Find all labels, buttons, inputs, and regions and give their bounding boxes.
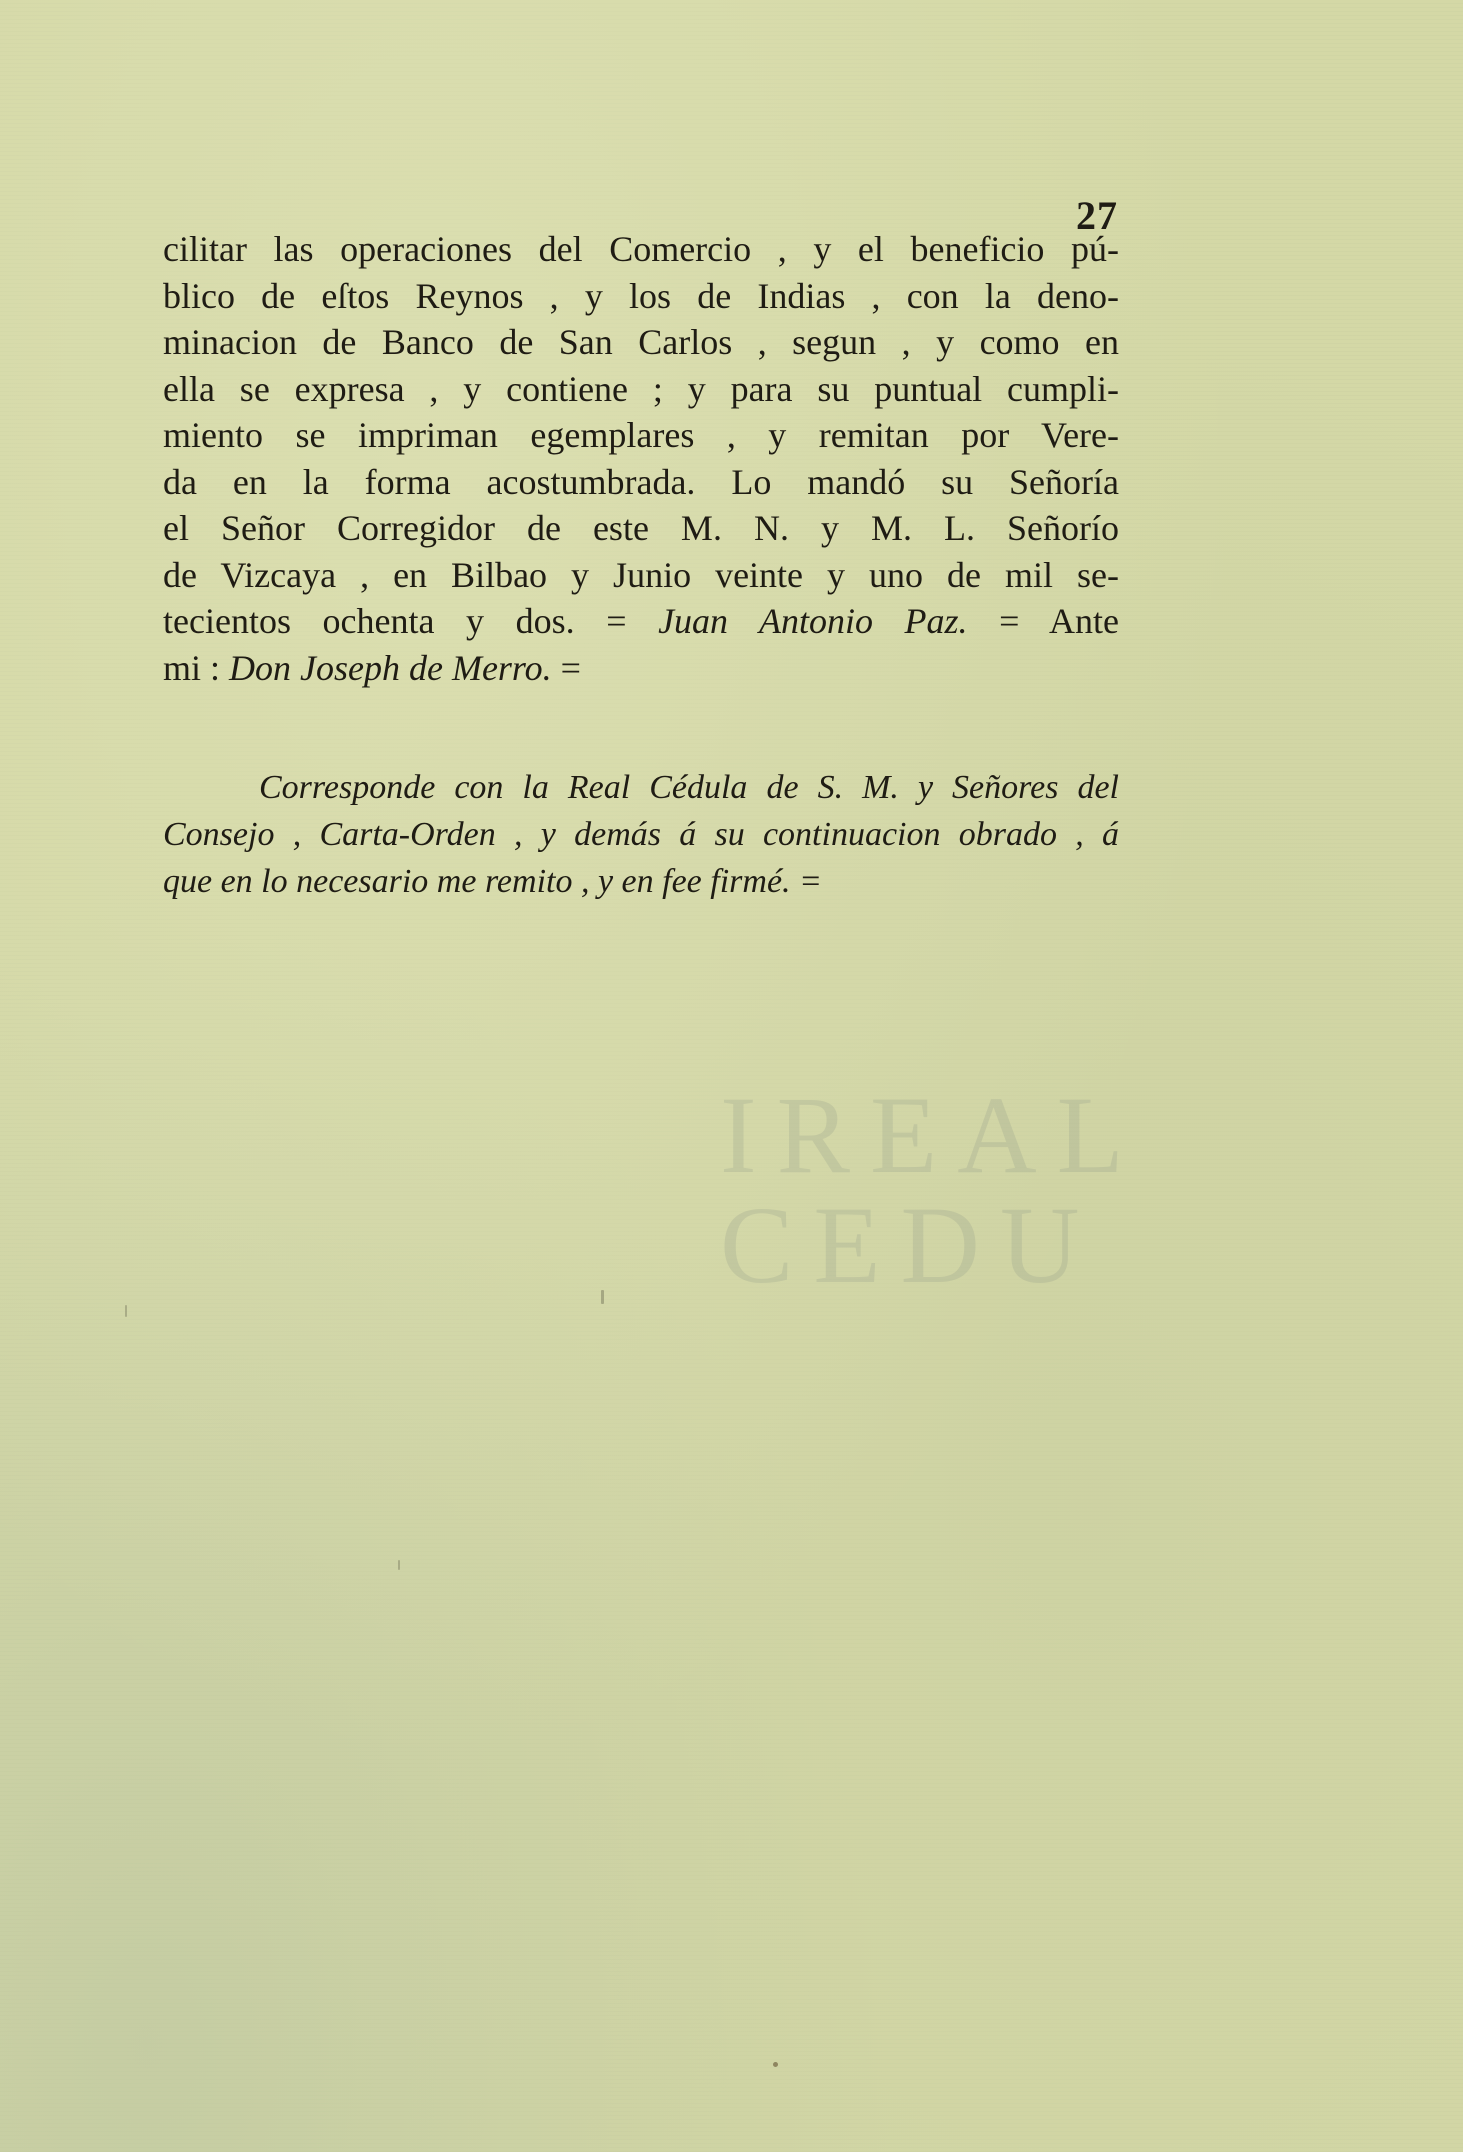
text-line: de Vizcaya , en Bilbao y Junio veinte y … [163,552,1119,599]
certification-paragraph: Corresponde con la Real Cédula de S. M. … [163,764,1119,905]
text-line-witness: mi : Don Joseph de Merro. = [163,645,1119,692]
paper-fiber [125,1305,127,1317]
text-line: cilitar las operaciones del Comercio , y… [163,226,1119,273]
witness-name: Don Joseph de Merro. [229,648,552,688]
certification-line: Consejo , Carta-Orden , y demás á su con… [163,811,1119,858]
text-line-signature: tecientos ochenta y dos. = Juan Antonio … [163,598,1119,645]
signatory-name: Juan Antonio Paz. [658,601,967,641]
text-fragment: = Ante [968,601,1119,641]
text-line: el Señor Corregidor de este M. N. y M. L… [163,505,1119,552]
reverse-side-showthrough: IREAL CEDU [720,1080,1040,1280]
paper-fiber [398,1560,400,1570]
paper-speck [773,2062,778,2067]
document-page: IREAL CEDU 27 cilitar las operaciones de… [0,0,1463,2152]
text-fragment: mi : [163,648,229,688]
text-line: blico de eſtos Reynos , y los de Indias … [163,273,1119,320]
text-line: miento se impriman egemplares , y remita… [163,412,1119,459]
text-line: minacion de Banco de San Carlos , segun … [163,319,1119,366]
certification-line: que en lo necesario me remito , y en fee… [163,858,1119,905]
text-fragment: = [552,648,581,688]
certification-line: Corresponde con la Real Cédula de S. M. … [163,764,1119,811]
body-paragraph: cilitar las operaciones del Comercio , y… [163,226,1119,691]
paper-fiber [601,1290,604,1304]
text-line: ella se expresa , y contiene ; y para su… [163,366,1119,413]
text-fragment: tecientos ochenta y dos. = [163,601,658,641]
text-line: da en la forma acostumbrada. Lo mandó su… [163,459,1119,506]
